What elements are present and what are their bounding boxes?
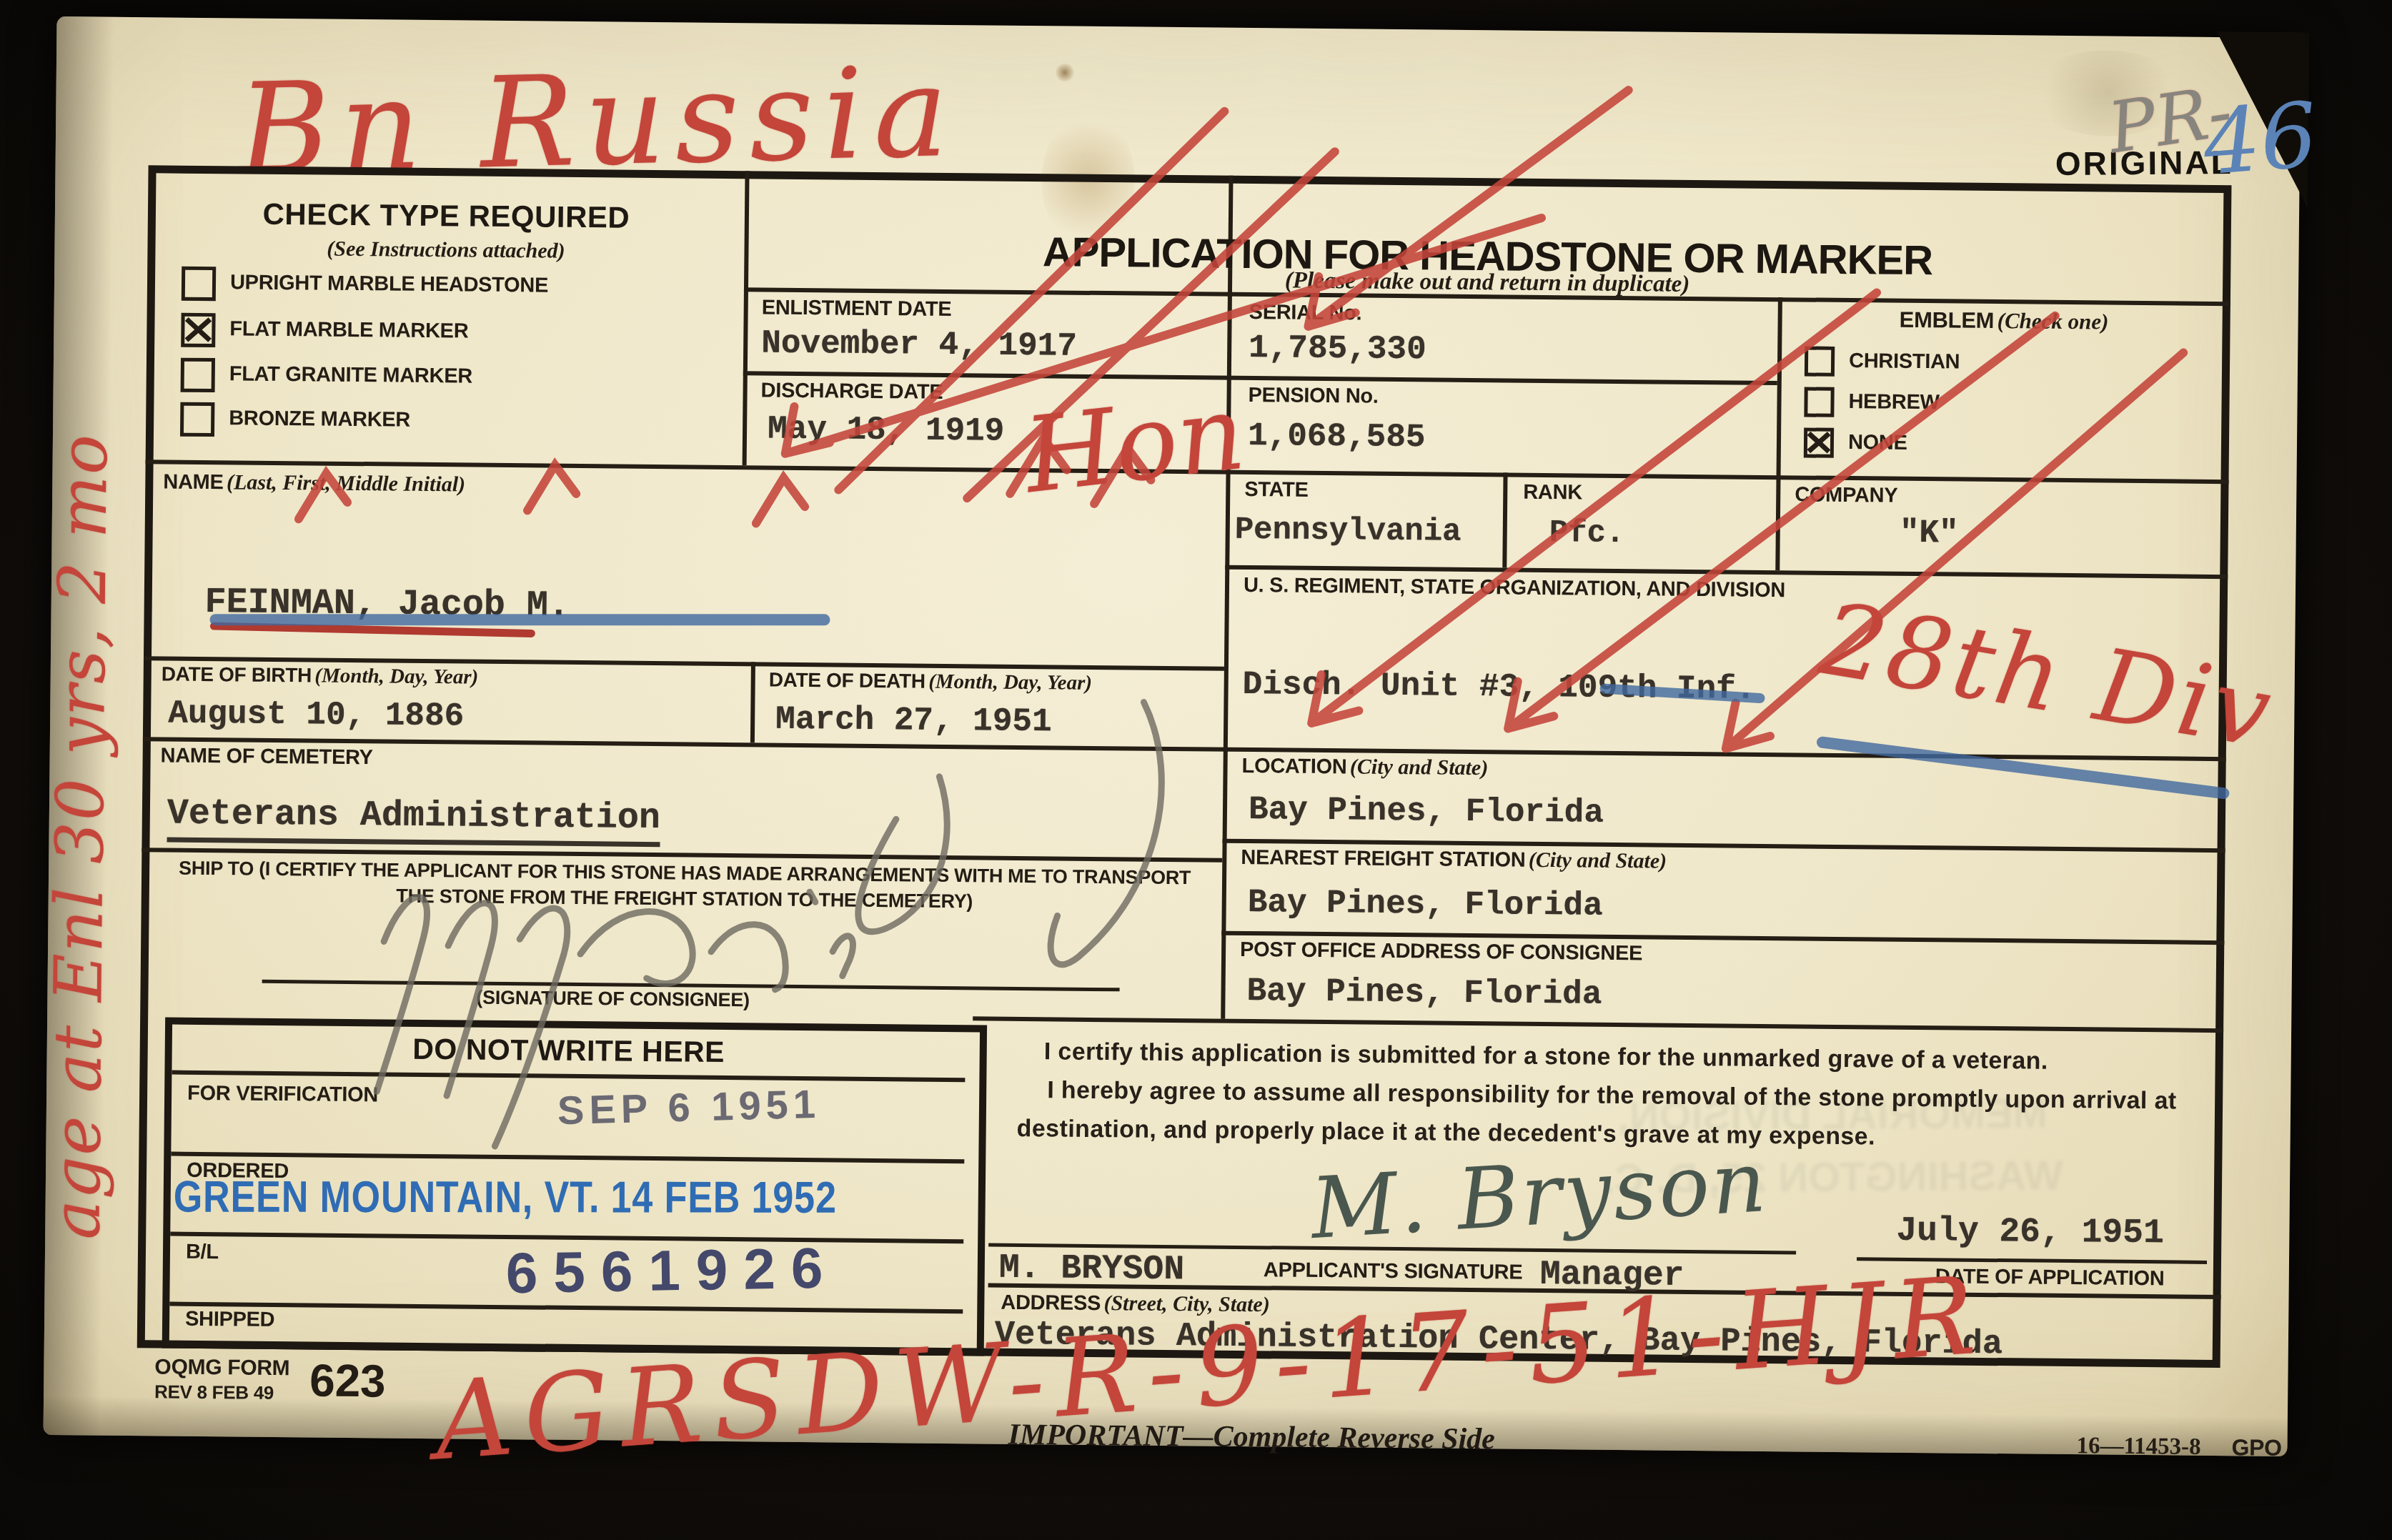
applicant-signature-label: APPLICANT'S SIGNATURE [1264, 1258, 1523, 1284]
location-value: Bay Pines, Florida [1249, 791, 1604, 832]
signature-typed: M. BRYSON [999, 1249, 1185, 1289]
pension-value: 1,068,585 [1248, 417, 1426, 456]
emblem-option-row: HEBREW [1804, 387, 2204, 422]
location-label-text: LOCATION [1241, 755, 1346, 778]
form-number-line1: OQMG FORM [154, 1355, 289, 1381]
do-not-write-box: DO NOT WRITE HERE FOR VERIFICATION SEP 6… [162, 1017, 987, 1356]
checkbox-christian [1805, 346, 1835, 376]
check-option-label: BRONZE MARKER [229, 407, 410, 432]
dnw-line-1 [172, 1070, 965, 1083]
stain-speck [1056, 63, 1074, 81]
check-option-label: UPRIGHT MARBLE HEADSTONE [230, 271, 548, 297]
consignee-caption: (SIGNATURE OF CONSIGNEE) [476, 987, 750, 1012]
location-label: LOCATION (City and State) [1241, 754, 1488, 780]
serial-value: 1,785,330 [1249, 329, 1426, 368]
emblem-option-row: CHRISTIAN [1805, 346, 2205, 381]
emblem-heading-text: EMBLEM [1900, 307, 1995, 333]
handwriting-age-note: age at Enl 30 yrs, 2 mo [36, 300, 139, 1373]
freight-label-text: NEAREST FREIGHT STATION [1241, 846, 1525, 872]
name-value: FEINMAN, Jacob M. [204, 582, 570, 627]
rank-value: Pfc. [1549, 515, 1625, 552]
discharge-label: DISCHARGE DATE [760, 379, 943, 404]
check-option-label: FLAT GRANITE MARKER [229, 362, 472, 388]
vline-rank [1502, 472, 1507, 567]
print-code: 16—11453-8 [2076, 1433, 2201, 1461]
emblem-option-label: HEBREW [1848, 390, 1939, 414]
dnw-heading: DO NOT WRITE HERE [172, 1030, 966, 1072]
verification-date-stamp: SEP 6 1951 [557, 1081, 820, 1133]
company-label: COMPANY [1795, 483, 1897, 507]
checkbox-upright-marble [182, 267, 216, 301]
enlistment-value: November 4, 1917 [761, 324, 1077, 364]
checkbox-flat-granite [181, 358, 215, 392]
state-label: STATE [1244, 478, 1309, 502]
ship-to-label: SHIP TO (I CERTIFY THE APPLICANT FOR THI… [174, 855, 1196, 918]
emblem-option-label: NONE [1848, 431, 1907, 455]
dod-label-italic: (Month, Day, Year) [928, 670, 1092, 695]
dod-label-text: DATE OF DEATH [769, 669, 925, 692]
name-label: NAME (Last, First, Middle Initial) [163, 470, 465, 497]
checkbox-hebrew [1804, 387, 1834, 417]
regiment-value: Disch. Unit #3, 109th Inf. [1242, 666, 1755, 708]
name-label-text: NAME [163, 470, 223, 494]
checkbox-flat-marble [181, 313, 215, 347]
company-value: "K" [1900, 515, 1959, 552]
gpo-mark: GPO [2231, 1434, 2282, 1461]
enlistment-label: ENLISTMENT DATE [762, 296, 952, 322]
handwriting-46: 46 [2200, 84, 2321, 196]
check-type-heading: CHECK TYPE REQUIRED [148, 196, 745, 236]
checkbox-none [1804, 427, 1834, 457]
emblem-heading-italic: (Check one) [1998, 308, 2109, 334]
emblem-option-row: NONE [1804, 427, 2204, 462]
dod-value: March 27, 1951 [775, 701, 1052, 741]
form-number-big: 623 [309, 1353, 386, 1407]
check-option-row: FLAT MARBLE MARKER [181, 313, 724, 351]
bl-number-stamp: 6561926 [505, 1235, 839, 1306]
dnw-line-2 [171, 1152, 964, 1164]
freight-label-italic: (City and State) [1529, 848, 1667, 873]
scanned-document-screen: MEMORIAL DIVISION, WASHINGTON 25, D. C. … [0, 0, 2392, 1540]
cemetery-value: Veterans Administration [167, 794, 661, 848]
serial-label: SERIAL No. [1249, 301, 1362, 326]
name-label-italic: (Last, First, Middle Initial) [227, 470, 466, 496]
state-value: Pennsylvania [1235, 512, 1461, 550]
dob-value: August 10, 1886 [168, 695, 465, 735]
rank-label: RANK [1523, 481, 1582, 505]
vline-dob-dod [750, 662, 755, 742]
shipped-label: SHIPPED [185, 1308, 275, 1332]
pension-label: PENSION No. [1248, 384, 1378, 409]
po-address-value: Bay Pines, Florida [1246, 973, 1602, 1013]
address-label-text: ADDRESS [1001, 1291, 1101, 1315]
application-date-value: July 26, 1951 [1896, 1212, 2164, 1253]
freight-label: NEAREST FREIGHT STATION (City and State) [1241, 845, 1667, 874]
form-number-line2: REV 8 FEB 49 [154, 1381, 274, 1404]
handwriting-hon: Hon [1018, 372, 1250, 517]
check-option-row: UPRIGHT MARBLE HEADSTONE [182, 267, 725, 304]
discharge-value: May 18, 1919 [768, 411, 1005, 450]
emblem-heading: EMBLEM (Check one) [1777, 306, 2230, 336]
bl-label: B/L [186, 1241, 219, 1264]
location-label-italic: (City and State) [1350, 755, 1489, 780]
ordered-stamp: GREEN MOUNTAIN, VT. 14 FEB 1952 [174, 1172, 837, 1223]
cemetery-label: NAME OF CEMETERY [161, 744, 373, 770]
dob-label-italic: (Month, Day, Year) [314, 664, 478, 688]
checkbox-bronze [180, 402, 214, 437]
freight-value: Bay Pines, Florida [1248, 884, 1603, 925]
check-option-row: BRONZE MARKER [180, 402, 723, 440]
paper-sheet: MEMORIAL DIVISION, WASHINGTON 25, D. C. … [44, 16, 2301, 1456]
verification-label: FOR VERIFICATION [187, 1082, 378, 1108]
check-option-label: FLAT MARBLE MARKER [229, 317, 468, 343]
check-option-row: FLAT GRANITE MARKER [181, 358, 724, 396]
dod-label: DATE OF DEATH (Month, Day, Year) [769, 669, 1093, 695]
emblem-option-label: CHRISTIAN [1849, 349, 1960, 374]
dob-label: DATE OF BIRTH (Month, Day, Year) [162, 662, 479, 689]
dob-label-text: DATE OF BIRTH [162, 662, 312, 686]
po-address-label: POST OFFICE ADDRESS OF CONSIGNEE [1240, 938, 1642, 965]
